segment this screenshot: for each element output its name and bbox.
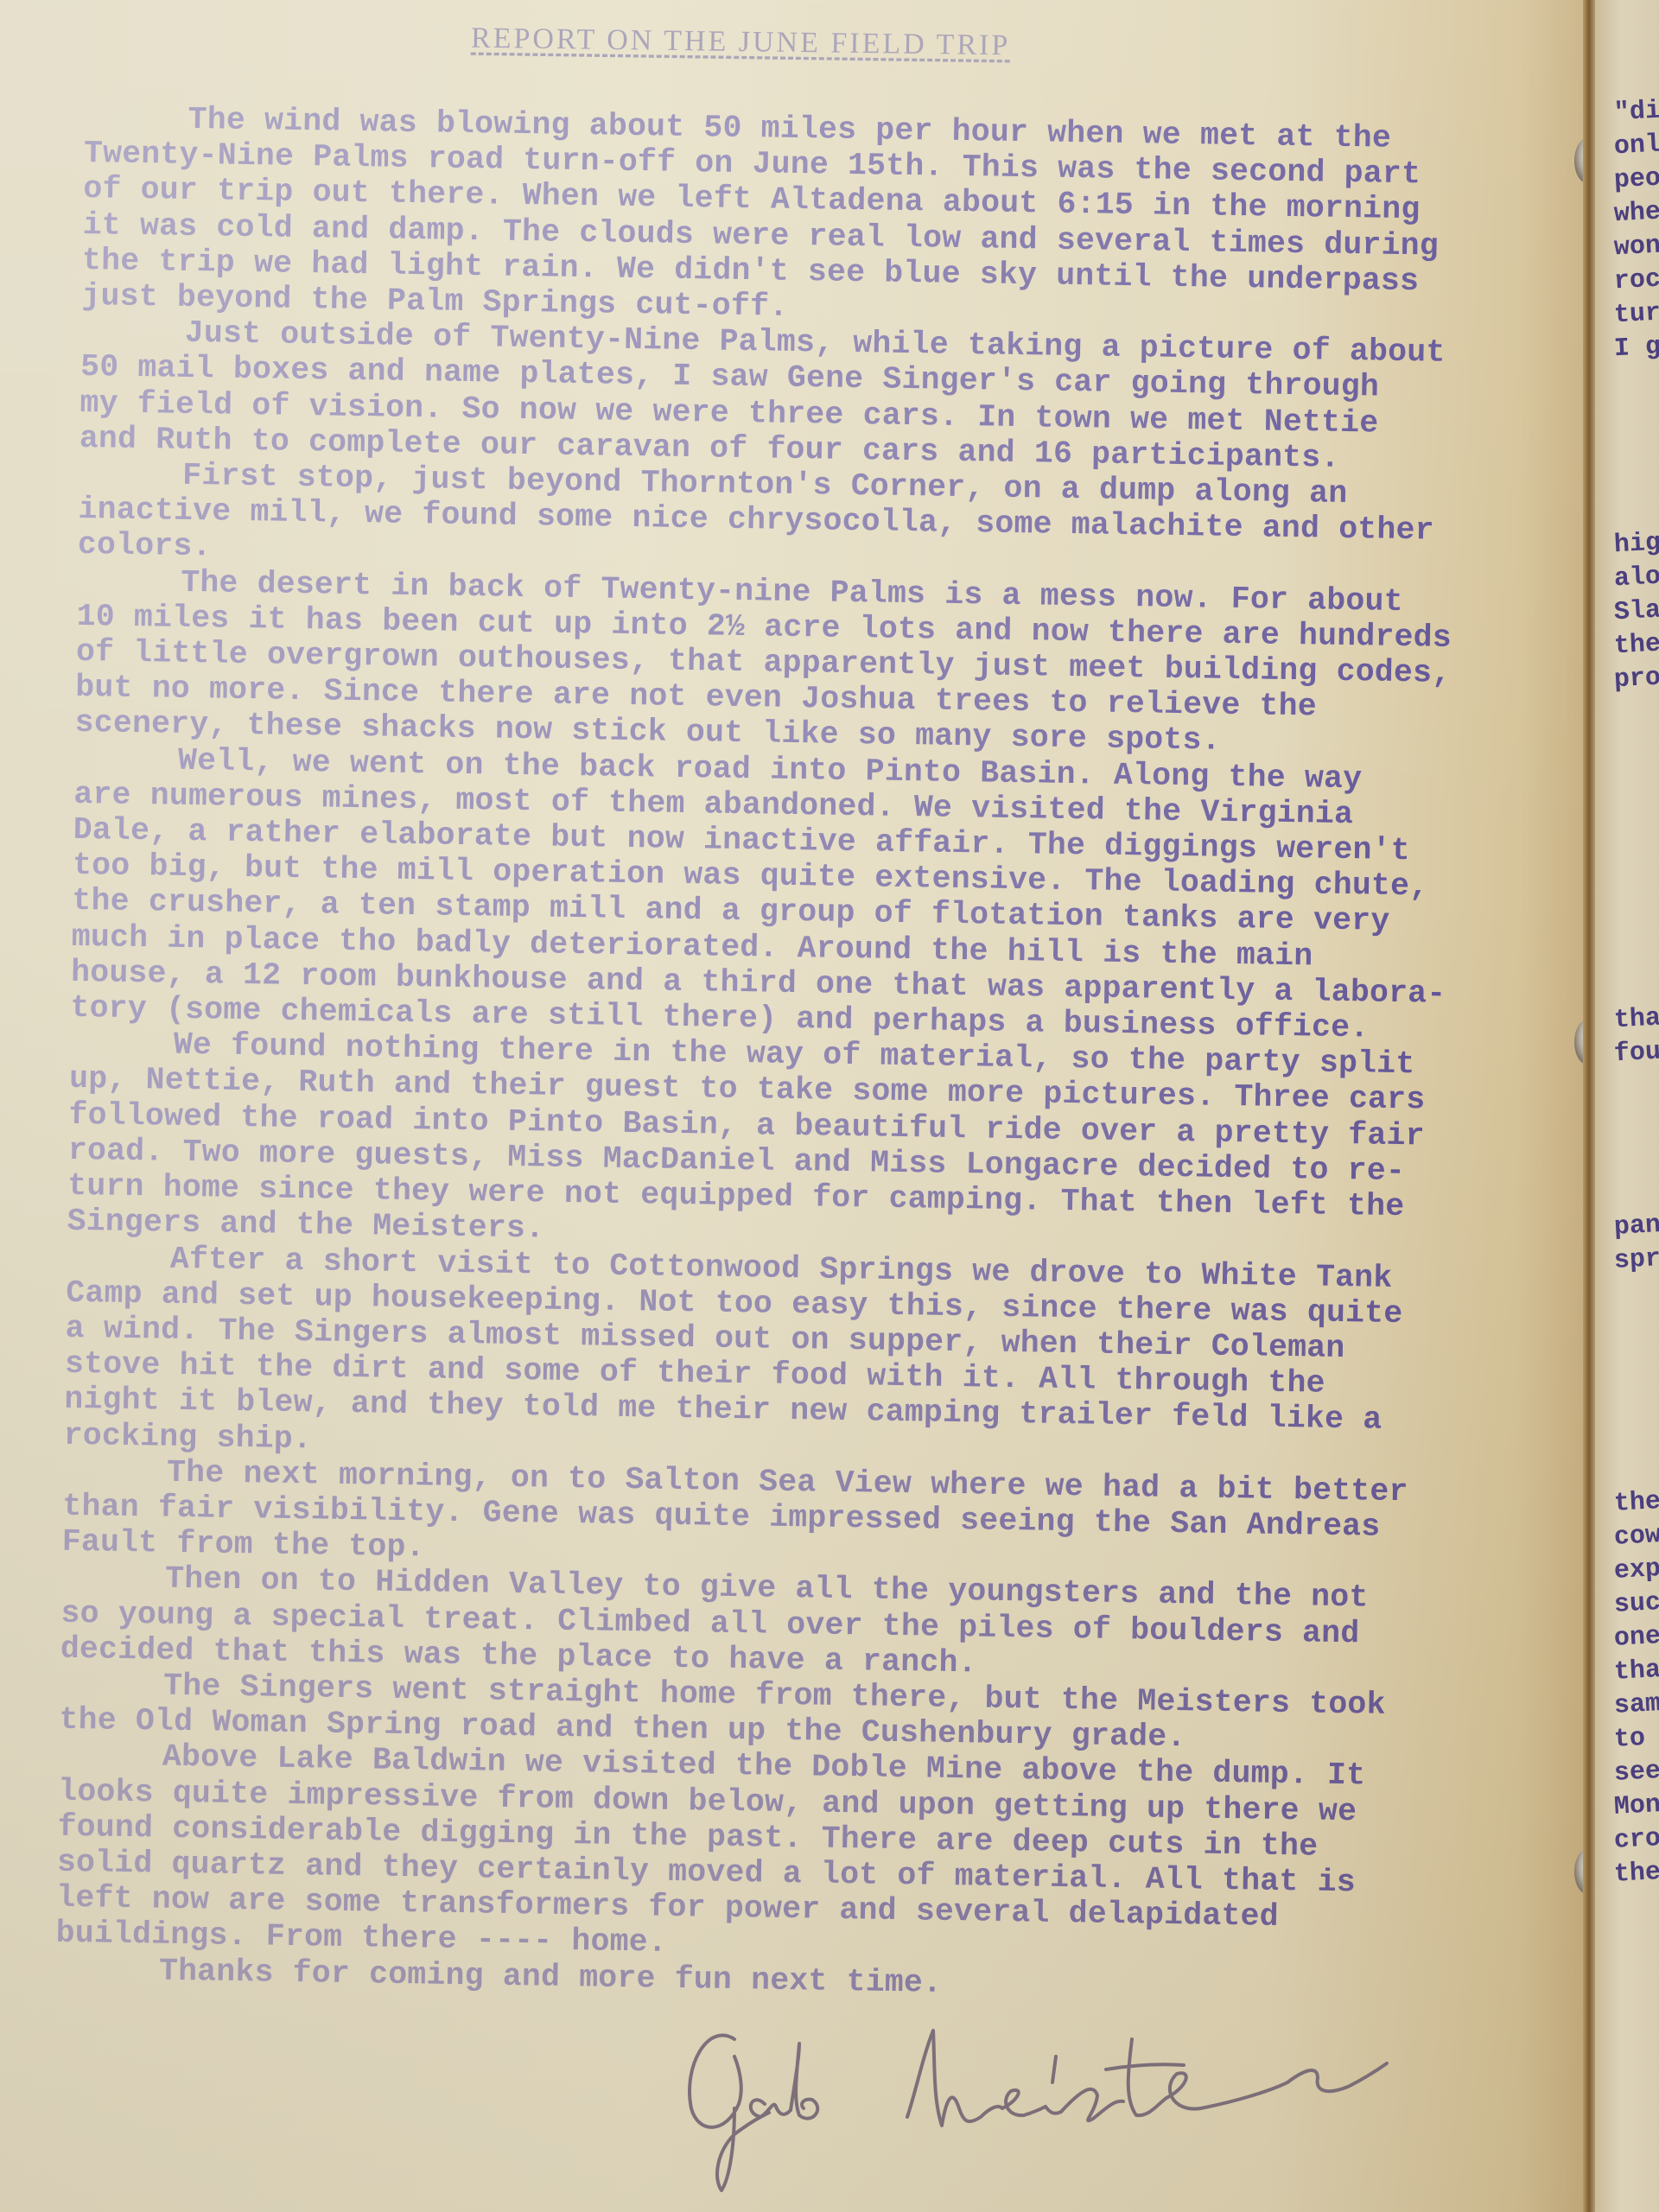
- adjacent-text-fragment: rocks: [1613, 262, 1659, 300]
- adjacent-text-fragment: where: [1613, 194, 1659, 232]
- report-body: The wind was blowing about 50 miles per …: [55, 100, 1571, 2011]
- adjacent-text-fragment: I gue: [1613, 329, 1659, 367]
- adjacent-text-fragment: their: [1613, 626, 1659, 664]
- adjacent-text-fragment-group: thecow'expesuchonethatsametoseeMoncrothe: [1614, 1486, 1659, 1891]
- adjacent-text-fragment: prove: [1613, 660, 1659, 698]
- adjacent-text-fragment: Slate: [1613, 593, 1659, 631]
- adjacent-text-fragment-group: highwalongSlatetheirprove: [1614, 527, 1659, 696]
- adjacent-text-fragment: see: [1613, 1754, 1659, 1791]
- adjacent-text-fragment: same: [1613, 1687, 1659, 1724]
- adjacent-text-fragment: only: [1613, 127, 1659, 165]
- adjacent-text-fragment: such: [1613, 1586, 1659, 1623]
- adjacent-text-fragment-group: "disponlypeoplwherewonderocksturneI gue: [1614, 95, 1659, 365]
- adjacent-text-fragment: cro: [1613, 1821, 1659, 1859]
- adjacent-page-edge: "disponlypeoplwherewonderocksturneI gueh…: [1595, 0, 1659, 2212]
- adjacent-text-fragment: the: [1613, 1855, 1659, 1892]
- adjacent-text-fragment-group: thanfound: [1614, 1002, 1659, 1070]
- adjacent-text-fragment: expe: [1613, 1552, 1659, 1589]
- adjacent-text-fragment: wonde: [1613, 228, 1659, 266]
- adjacent-text-fragment: to: [1613, 1720, 1659, 1758]
- adjacent-text-fragment: spra: [1613, 1242, 1659, 1279]
- handwritten-signature: [683, 2005, 1583, 2203]
- report-title: REPORT ON THE JUNE FIELD TRIP: [471, 22, 1011, 63]
- adjacent-text-fragment: turne: [1613, 296, 1659, 334]
- document-page: REPORT ON THE JUNE FIELD TRIP The wind w…: [0, 0, 1583, 2212]
- adjacent-text-fragment: one: [1613, 1619, 1659, 1656]
- adjacent-text-fragment: Mon: [1613, 1788, 1659, 1825]
- adjacent-text-fragment: cow': [1613, 1518, 1659, 1555]
- adjacent-text-fragment: pan: [1613, 1208, 1659, 1245]
- adjacent-text-fragment: than: [1613, 1001, 1659, 1039]
- adjacent-text-fragment: peopl: [1613, 161, 1659, 199]
- adjacent-text-fragment: along: [1613, 559, 1659, 597]
- adjacent-text-fragment: found: [1613, 1034, 1659, 1072]
- adjacent-text-fragment-group: panspra: [1614, 1210, 1659, 1277]
- adjacent-text-fragment: the: [1613, 1484, 1659, 1522]
- adjacent-text-fragment: "disp: [1613, 93, 1659, 131]
- adjacent-text-fragment: highw: [1613, 525, 1659, 563]
- binding-spine: [1583, 0, 1595, 2212]
- adjacent-text-fragment: that: [1613, 1653, 1659, 1690]
